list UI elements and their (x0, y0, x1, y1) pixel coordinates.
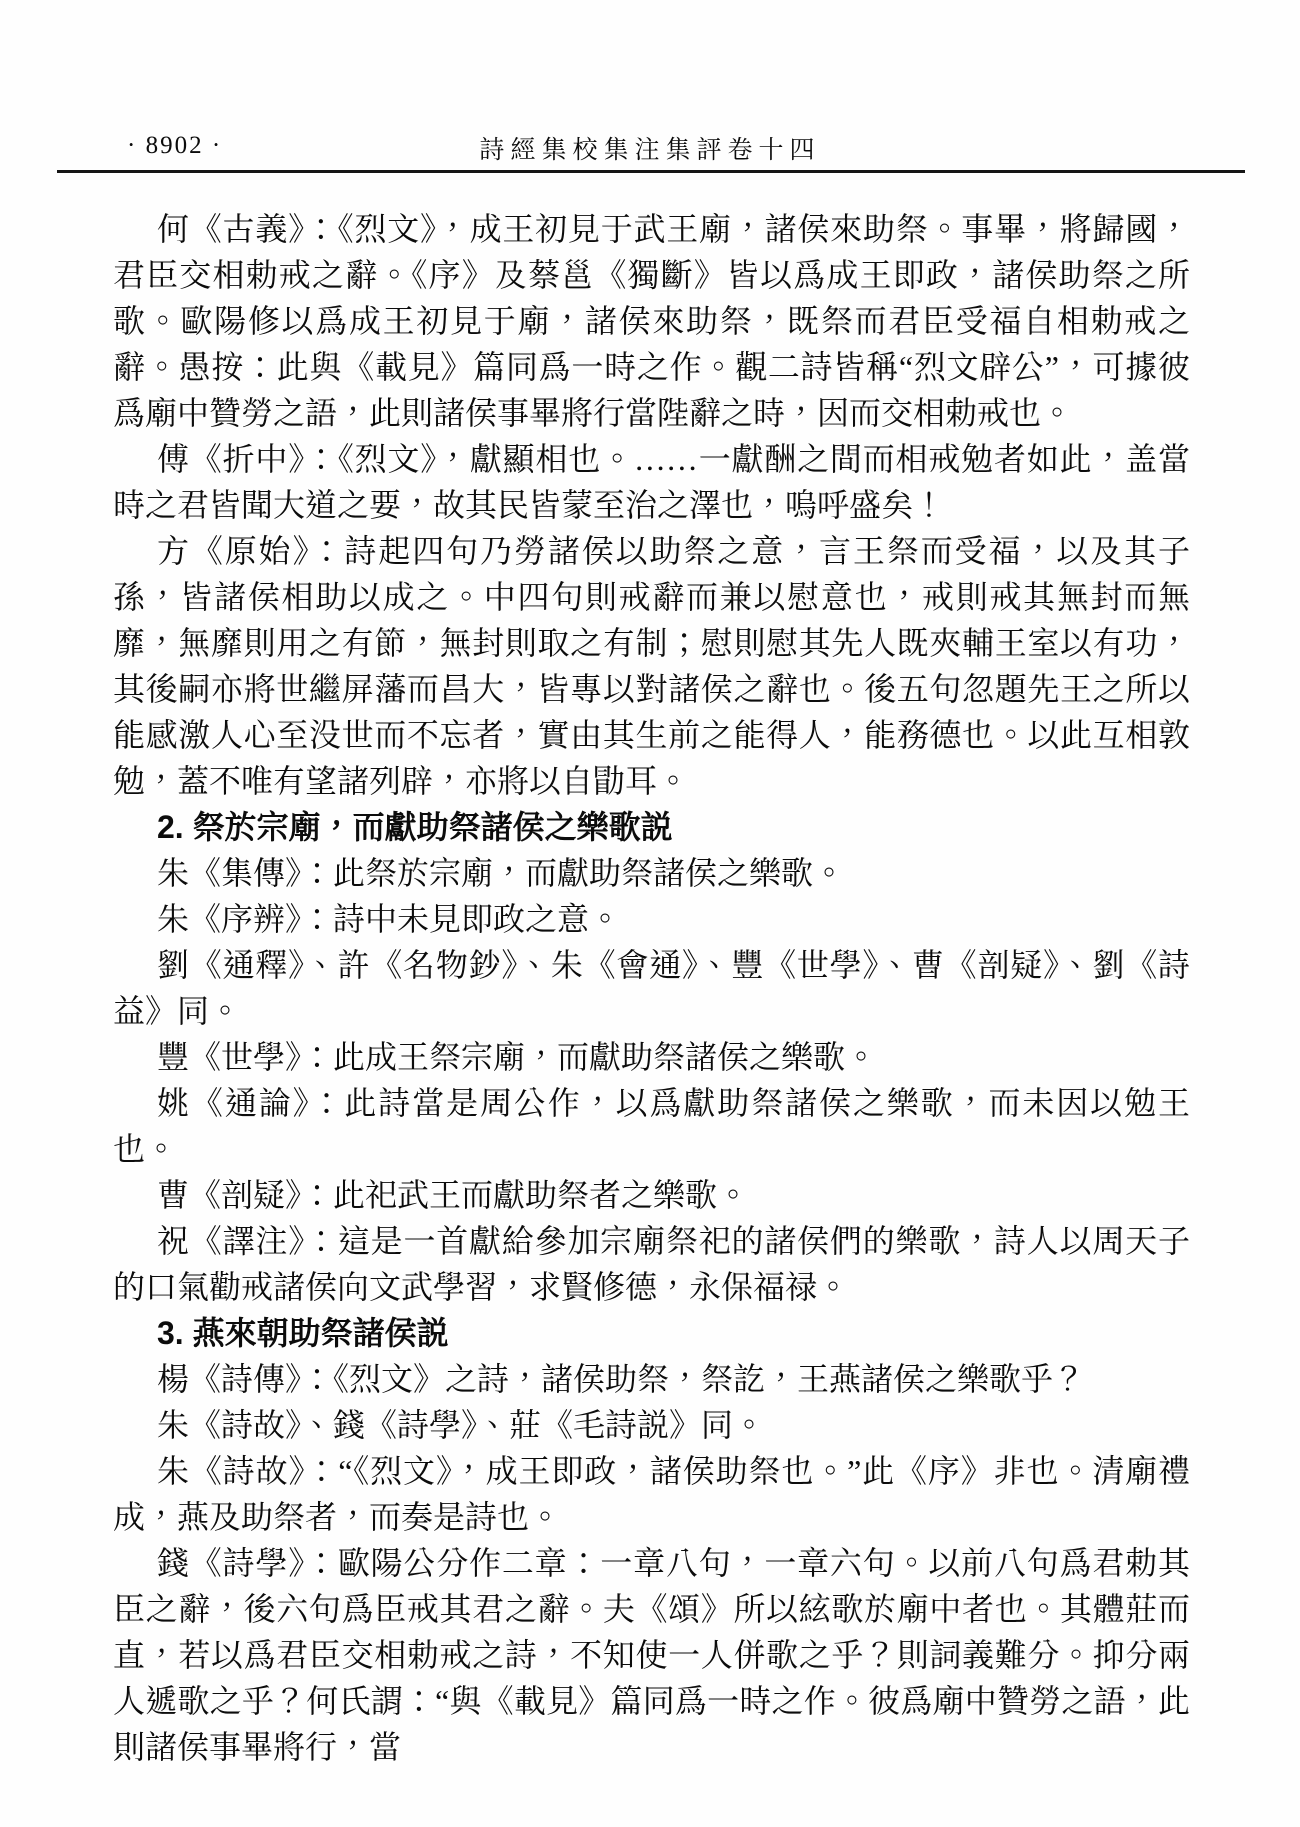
paragraph-zhu-shigu: 朱《詩故》：“《烈文》，成王即政，諸侯助祭也。”此《序》非也。清廟禮成，燕及助祭… (113, 1448, 1190, 1540)
section-heading-2: 2. 祭於宗廟，而獻助祭諸侯之樂歌説 (113, 804, 1190, 850)
paragraph-feng-shixue: 豐《世學》：此成王祭宗廟，而獻助祭諸侯之樂歌。 (113, 1034, 1190, 1080)
page-body: 何《古義》：《烈文》，成王初見于武王廟，諸侯來助祭。事畢，將歸國，君臣交相勅戒之… (113, 206, 1190, 1770)
paragraph-cao-pouyi: 曹《剖疑》：此祀武王而獻助祭者之樂歌。 (113, 1172, 1190, 1218)
scanned-book-page: · 8902 · 詩經集校集注集評卷十四 何《古義》：《烈文》，成王初見于武王廟… (0, 0, 1300, 1827)
paragraph-zhu-shigu-tong: 朱《詩故》、錢《詩學》、莊《毛詩説》同。 (113, 1402, 1190, 1448)
page-number: · 8902 · (127, 132, 222, 160)
paragraph-he-guyi: 何《古義》：《烈文》，成王初見于武王廟，諸侯來助祭。事畢，將歸國，君臣交相勅戒之… (113, 206, 1190, 436)
page-header: · 8902 · 詩經集校集注集評卷十四 (57, 126, 1243, 168)
paragraph-yao-tonglun: 姚《通論》：此詩當是周公作，以爲獻助祭諸侯之樂歌，而未因以勉王也。 (113, 1080, 1190, 1172)
paragraph-fang-yuanshi: 方《原始》：詩起四句乃勞諸侯以助祭之意，言王祭而受福，以及其子孫，皆諸侯相助以成… (113, 528, 1190, 804)
header-rule-divider (57, 170, 1245, 173)
paragraph-zhu-yizhu: 祝《譯注》：這是一首獻給參加宗廟祭祀的諸侯們的樂歌，詩人以周天子的口氣勸戒諸侯向… (113, 1218, 1190, 1310)
paragraph-zhu-jizhuan: 朱《集傳》：此祭於宗廟，而獻助祭諸侯之樂歌。 (113, 850, 1190, 896)
paragraph-qian-shixue: 錢《詩學》：歐陽公分作二章：一章八句，一章六句。以前八句爲君勅其臣之辭，後六句爲… (113, 1540, 1190, 1770)
paragraph-zhu-xubian: 朱《序辨》：詩中未見即政之意。 (113, 896, 1190, 942)
paragraph-fu-zhezhong: 傅《折中》：《烈文》，獻顯相也。……一獻酬之間而相戒勉者如此，盖當時之君皆聞大道… (113, 436, 1190, 528)
paragraph-yang-shizhuan: 楊《詩傳》：《烈文》之詩，諸侯助祭，祭訖，王燕諸侯之樂歌乎？ (113, 1356, 1190, 1402)
running-title: 詩經集校集注集評卷十四 (57, 126, 1243, 166)
paragraph-liu-tongshi: 劉《通釋》、許《名物鈔》、朱《會通》、豐《世學》、曹《剖疑》、劉《詩益》同。 (113, 942, 1190, 1034)
section-heading-3: 3. 燕來朝助祭諸侯説 (113, 1310, 1190, 1356)
